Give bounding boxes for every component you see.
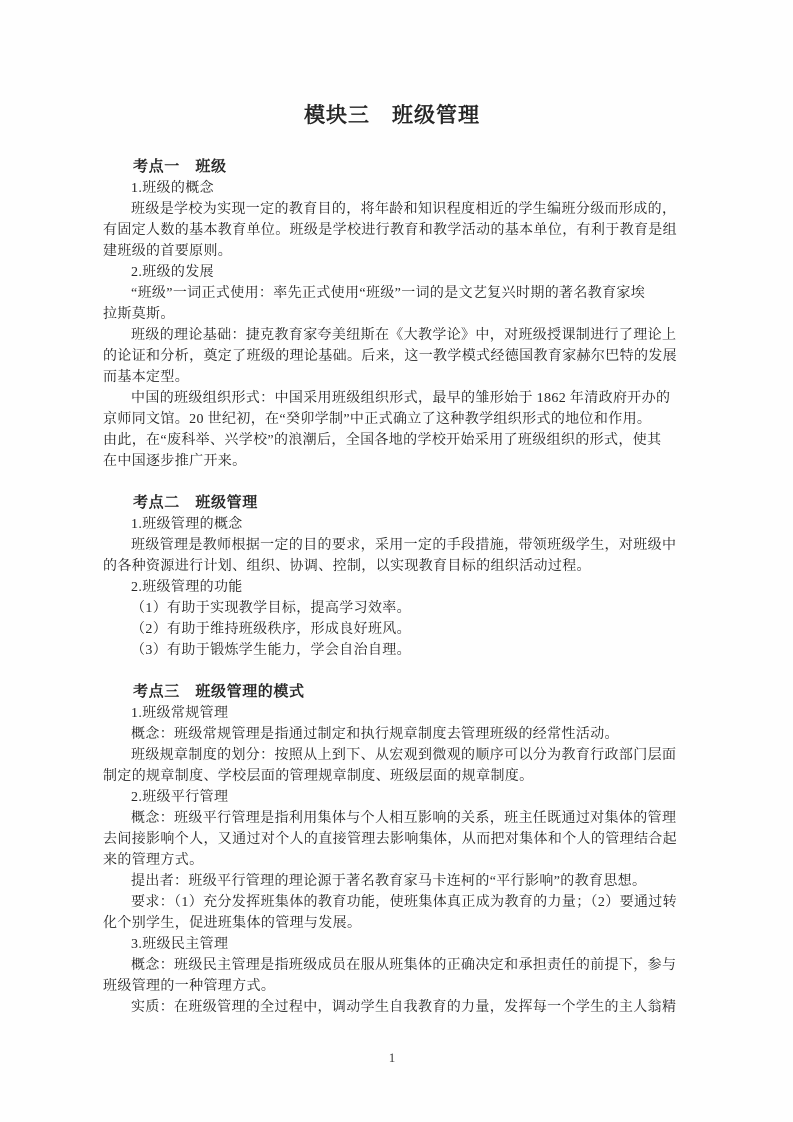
- document-title: 模块三 班级管理: [103, 103, 681, 128]
- text-line: 由此，在“废科举、兴学校”的浪潮后，全国各地的学校开始采用了班级组织的形式，使其: [103, 430, 683, 451]
- text-line: 3.班级民主管理: [103, 934, 683, 955]
- text-line: 概念：班级民主管理是指班级成员在服从班集体的正确决定和承担责任的前提下，参与: [103, 955, 683, 976]
- text-line: 来的管理方式。: [103, 850, 683, 871]
- section-2: 考点二 班级管理 1.班级管理的概念班级管理是教师根据一定的目的要求，采用一定的…: [103, 493, 683, 661]
- text-line: 在中国逐步推广开来。: [103, 451, 683, 472]
- text-line: 1.班级的概念: [103, 178, 683, 199]
- text-line: 要求：（1）充分发挥班集体的教育功能，使班集体真正成为教育的力量；（2）要通过转: [103, 892, 683, 913]
- text-line: 实质：在班级管理的全过程中，调动学生自我教育的力量，发挥每一个学生的主人翁精: [103, 997, 683, 1018]
- text-line: 有固定人数的基本教育单位。班级是学校进行教育和教学活动的基本单位，有利于教育是组: [103, 220, 683, 241]
- text-line: 去间接影响个人，又通过对个人的直接管理去影响集体，从而把对集体和个人的管理结合起: [103, 829, 683, 850]
- text-line: 概念：班级平行管理是指利用集体与个人相互影响的关系，班主任既通过对集体的管理: [103, 808, 683, 829]
- text-line: 制定的规章制度、学校层面的管理规章制度、班级层面的规章制度。: [103, 766, 683, 787]
- section-heading: 考点三 班级管理的模式: [103, 682, 683, 703]
- text-line: 2.班级管理的功能: [103, 577, 683, 598]
- text-line: 的各种资源进行计划、组织、协调、控制，以实现教育目标的组织活动过程。: [103, 556, 683, 577]
- text-line: 2.班级平行管理: [103, 787, 683, 808]
- document-content: 考点一 班级 1.班级的概念班级是学校为实现一定的教育目的，将年龄和知识程度相近…: [103, 157, 683, 1018]
- text-line: （2）有助于维持班级秩序，形成良好班风。: [103, 619, 683, 640]
- text-line: 班级是学校为实现一定的教育目的，将年龄和知识程度相近的学生编班分级而形成的，: [103, 199, 683, 220]
- section-heading: 考点二 班级管理: [103, 493, 683, 514]
- text-line: 概念：班级常规管理是指通过制定和执行规章制度去管理班级的经常性活动。: [103, 724, 683, 745]
- text-line: 1.班级管理的概念: [103, 514, 683, 535]
- text-line: “班级”一词正式使用：率先正式使用“班级”一词的是文艺复兴时期的著名教育家埃: [103, 283, 683, 304]
- section-heading: 考点一 班级: [103, 157, 683, 178]
- text-line: 班级管理的一种管理方式。: [103, 976, 683, 997]
- text-line: 班级管理是教师根据一定的目的要求，采用一定的手段措施，带领班级学生，对班级中: [103, 535, 683, 556]
- text-line: 中国的班级组织形式：中国采用班级组织形式，最早的雏形始于 1862 年清政府开办…: [103, 388, 683, 409]
- text-line: 化个别学生，促进班集体的管理与发展。: [103, 913, 683, 934]
- text-line: （3）有助于锻炼学生能力，学会自治自理。: [103, 640, 683, 661]
- text-line: 2.班级的发展: [103, 262, 683, 283]
- document-page: 模块三 班级管理 考点一 班级 1.班级的概念班级是学校为实现一定的教育目的，将…: [0, 0, 793, 1122]
- text-line: 建班级的首要原则。: [103, 241, 683, 262]
- text-line: 拉斯莫斯。: [103, 304, 683, 325]
- section-lines: 1.班级的概念班级是学校为实现一定的教育目的，将年龄和知识程度相近的学生编班分级…: [103, 178, 683, 472]
- section-3: 考点三 班级管理的模式 1.班级常规管理概念：班级常规管理是指通过制定和执行规章…: [103, 682, 683, 1018]
- text-line: （1）有助于实现教学目标，提高学习效率。: [103, 598, 683, 619]
- text-line: 的论证和分析，奠定了班级的理论基础。后来，这一教学模式经德国教育家赫尔巴特的发展: [103, 346, 683, 367]
- text-line: 提出者：班级平行管理的理论源于著名教育家马卡连柯的“平行影响”的教育思想。: [103, 871, 683, 892]
- section-lines: 1.班级管理的概念班级管理是教师根据一定的目的要求，采用一定的手段措施，带领班级…: [103, 514, 683, 661]
- section-lines: 1.班级常规管理概念：班级常规管理是指通过制定和执行规章制度去管理班级的经常性活…: [103, 703, 683, 1018]
- text-line: 班级的理论基础：捷克教育家夸美纽斯在《大教学论》中，对班级授课制进行了理论上: [103, 325, 683, 346]
- text-line: 而基本定型。: [103, 367, 683, 388]
- text-line: 班级规章制度的划分：按照从上到下、从宏观到微观的顺序可以分为教育行政部门层面: [103, 745, 683, 766]
- text-line: 1.班级常规管理: [103, 703, 683, 724]
- text-line: 京师同文馆。20 世纪初，在“癸卯学制”中正式确立了这种教学组织形式的地位和作用…: [103, 409, 683, 430]
- section-1: 考点一 班级 1.班级的概念班级是学校为实现一定的教育目的，将年龄和知识程度相近…: [103, 157, 683, 472]
- page-number: 1: [103, 1050, 681, 1066]
